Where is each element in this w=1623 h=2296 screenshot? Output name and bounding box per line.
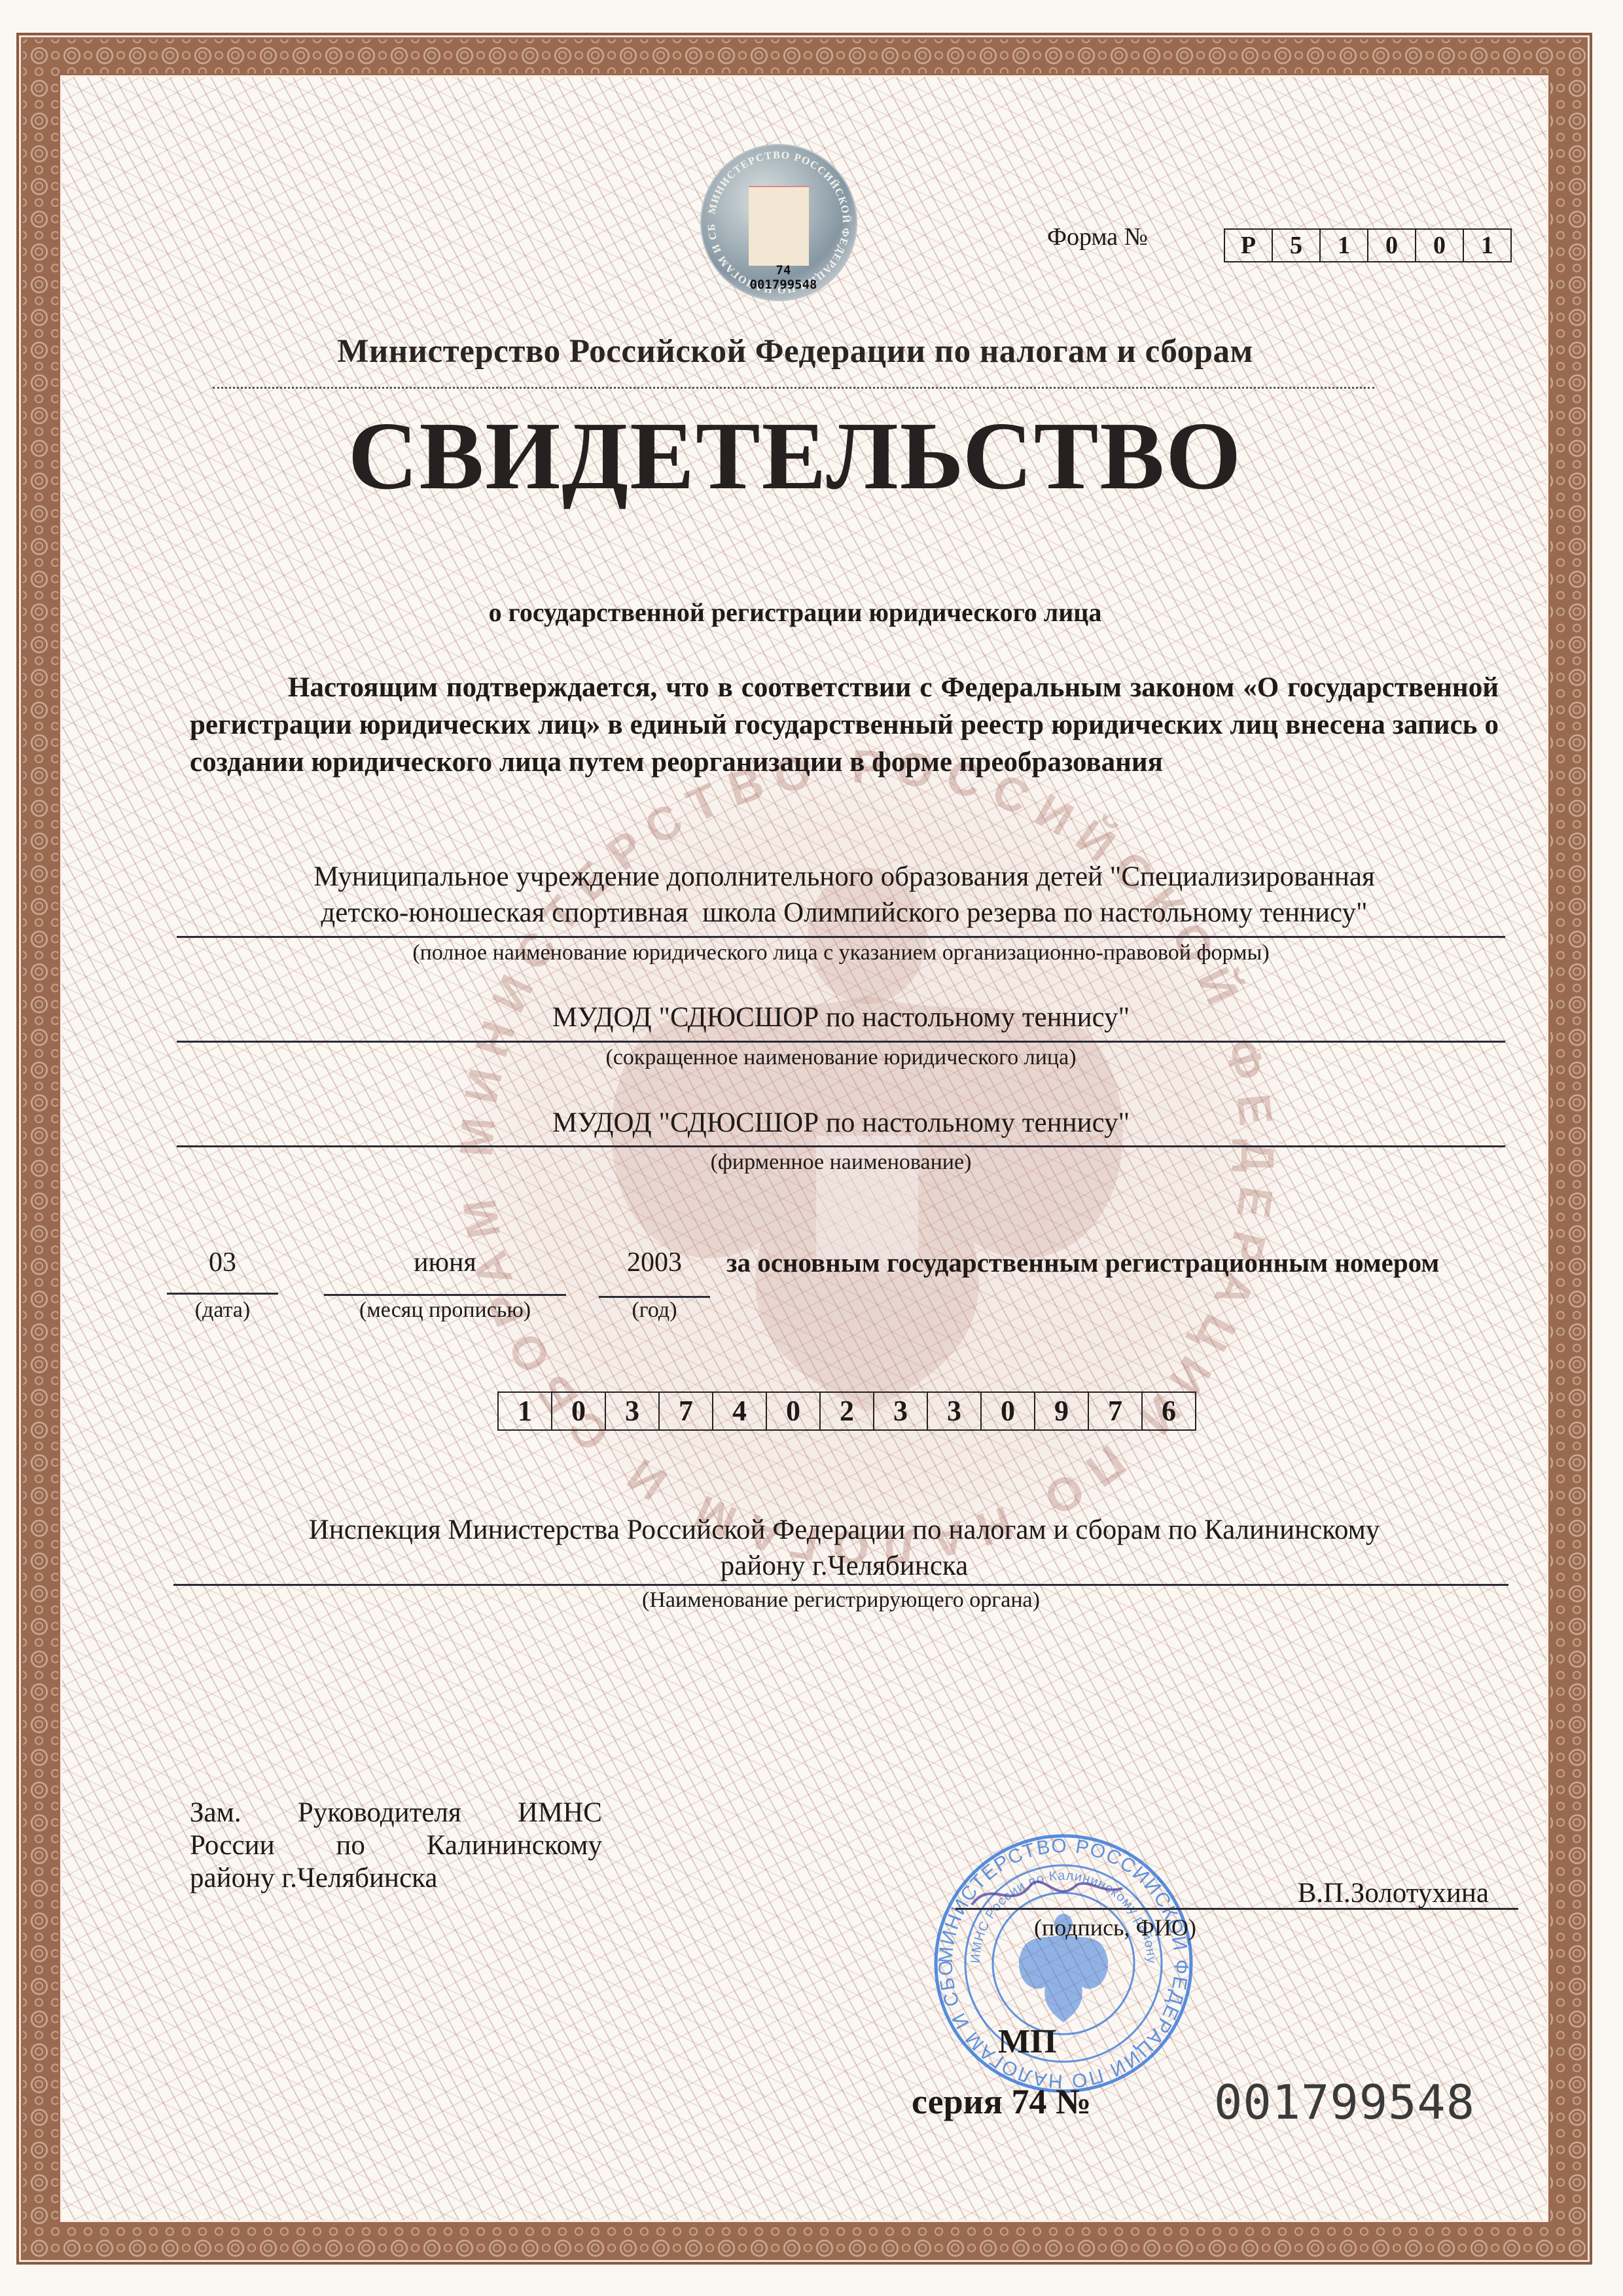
full-name-field: Муниципальное учреждение дополнительного…	[190, 859, 1499, 931]
signature-caption: (подпись, ФИО)	[1034, 1914, 1196, 1941]
form-code-char: 0	[1368, 230, 1416, 261]
hologram-serial: 74 001799548	[741, 263, 826, 292]
ogrn-digit: 7	[1089, 1393, 1143, 1429]
full-name-underline	[177, 936, 1505, 938]
day-caption: (дата)	[167, 1298, 278, 1323]
month-underline	[324, 1294, 566, 1296]
position-line: России по Калининскому	[190, 1829, 602, 1862]
ogrn-digit: 1	[499, 1393, 552, 1429]
ogrn-digit: 3	[928, 1393, 982, 1429]
ogrn-digit: 3	[874, 1393, 928, 1429]
ogrn-digit: 7	[660, 1393, 713, 1429]
heading-divider	[213, 387, 1374, 389]
authority-underline	[173, 1584, 1508, 1586]
form-code-char: 1	[1464, 230, 1510, 261]
short-name-caption: (сокращенное наименование юридического л…	[177, 1045, 1505, 1070]
position-line: району г.Челябинска	[190, 1862, 602, 1895]
firm-name-field: МУДОД "СДЮСШОР по настольному теннису"	[177, 1105, 1505, 1141]
year-caption: (год)	[599, 1298, 710, 1323]
ogrn-digit: 0	[767, 1393, 821, 1429]
position-line: Зам. Руководителя ИМНС	[190, 1797, 602, 1829]
form-code-char: 5	[1273, 230, 1321, 261]
firm-name-underline	[177, 1145, 1505, 1147]
firm-name-caption: (фирменное наименование)	[177, 1150, 1505, 1175]
registering-authority: Инспекция Министерства Российской Федера…	[190, 1512, 1499, 1584]
form-code-char: Р	[1225, 230, 1273, 261]
authority-line: району г.Челябинска	[190, 1548, 1499, 1584]
short-name-field: МУДОД "СДЮСШОР по настольному теннису"	[177, 999, 1505, 1035]
document-title: СВИДЕТЕЛЬСТВО	[196, 401, 1394, 512]
signature-line	[955, 1908, 1518, 1910]
confirmation-paragraph: Настоящим подтверждается, что в соответс…	[190, 669, 1499, 781]
ogrn-digit: 9	[1035, 1393, 1089, 1429]
ogrn-digit: 4	[713, 1393, 767, 1429]
full-name-caption: (полное наименование юридического лица с…	[177, 941, 1505, 965]
month-caption: (месяц прописью)	[324, 1298, 566, 1323]
full-name-line: детско-юношеская спортивная школа Олимпи…	[190, 895, 1499, 931]
ogrn-digit: 0	[982, 1393, 1035, 1429]
ogrn-digit: 0	[552, 1393, 606, 1429]
ogrn-digit: 6	[1143, 1393, 1195, 1429]
serial-number: 001799548	[1214, 2075, 1475, 2130]
registration-number-phrase: за основным государственным регистрацион…	[726, 1247, 1439, 1278]
day-underline	[167, 1293, 278, 1295]
form-number-label: Форма №	[1047, 223, 1148, 251]
form-number-boxes: Р 5 1 0 0 1	[1224, 228, 1512, 262]
full-name-line: Муниципальное учреждение дополнительного…	[190, 859, 1499, 895]
signer-name: В.П.Золотухина	[955, 1877, 1489, 1909]
form-code-char: 0	[1416, 230, 1464, 261]
coat-of-arms-icon	[749, 186, 809, 266]
official-stamp-icon: МИНИСТЕРСТВО РОССИЙСКОЙ ФЕДЕРАЦИИ ПО НАЛ…	[933, 1833, 1194, 2094]
form-code-char: 1	[1321, 230, 1368, 261]
ogrn-boxes: 1037402330976	[497, 1391, 1196, 1431]
signatory-position: Зам. Руководителя ИМНС России по Калинин…	[190, 1797, 602, 1895]
series-label: серия 74 №	[912, 2081, 1091, 2122]
registration-month: июня	[324, 1247, 566, 1278]
ogrn-digit: 3	[606, 1393, 660, 1429]
authority-line: Инспекция Министерства Российской Федера…	[190, 1512, 1499, 1548]
hologram-seal: МИНИСТЕРСТВО РОССИЙСКОЙ ФЕДЕРАЦИИ ПО НАЛ…	[702, 145, 856, 300]
seal-mark: МП	[998, 2022, 1057, 2061]
registration-day: 03	[167, 1247, 278, 1278]
registration-year: 2003	[599, 1247, 710, 1278]
ogrn-digit: 2	[821, 1393, 874, 1429]
document-subtitle: о государственной регистрации юридическо…	[196, 597, 1394, 628]
authority-caption: (Наименование регистрирующего органа)	[173, 1588, 1508, 1613]
ministry-heading: Министерство Российской Федерации по нал…	[196, 332, 1394, 370]
short-name-underline	[177, 1041, 1505, 1043]
